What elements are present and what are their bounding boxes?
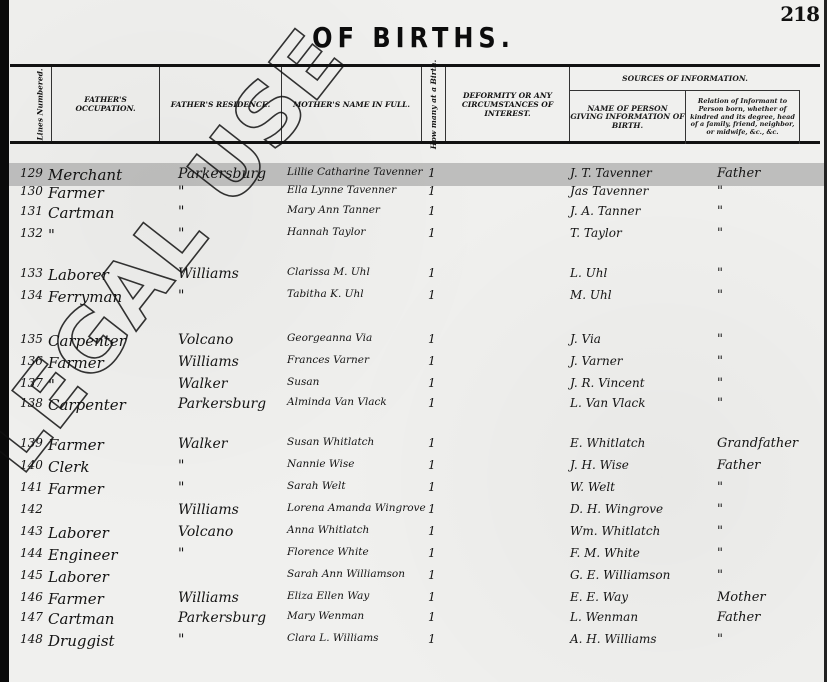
birth-count: 1: [428, 546, 436, 560]
table-row: 147CartmanParkersburgMary Wenman1L. Wenm…: [0, 610, 827, 632]
father-residence: Williams: [178, 590, 239, 606]
line-number: 139: [20, 436, 43, 450]
birth-count: 1: [428, 524, 436, 538]
line-number: 141: [20, 480, 43, 494]
informant-relation: ": [717, 524, 723, 539]
birth-count: 1: [428, 480, 436, 494]
father-occupation: Farmer: [48, 354, 104, 372]
informant-name: J. H. Wise: [570, 458, 629, 472]
table-row: 146FarmerWilliamsEliza Ellen Way1E. E. W…: [0, 590, 827, 612]
table-row: 145LaborerSarah Ann Williamson1G. E. Wil…: [0, 568, 827, 590]
informant-relation: ": [717, 204, 723, 219]
father-residence: ": [178, 288, 184, 304]
table-row: 134Ferryman"Tabitha K. Uhl1M. Uhl": [0, 288, 827, 310]
table-row: 144Engineer"Florence White1F. M. White": [0, 546, 827, 568]
father-residence: Walker: [178, 376, 227, 392]
informant-relation: ": [717, 546, 723, 561]
informant-relation: ": [717, 568, 723, 583]
mother-name: Lillie Catharine Tavenner: [287, 166, 423, 178]
father-residence: Williams: [178, 354, 239, 370]
mother-name: Clarissa M. Uhl: [287, 266, 370, 278]
informant-name: J. A. Tanner: [570, 204, 640, 218]
father-residence: ": [178, 632, 184, 648]
informant-name: Wm. Whitlatch: [570, 524, 660, 538]
informant-relation: ": [717, 332, 723, 347]
mother-name: Sarah Ann Williamson: [287, 568, 405, 580]
informant-relation: Mother: [717, 590, 766, 605]
informant-name: F. M. White: [570, 546, 640, 560]
informant-name: D. H. Wingrove: [570, 502, 663, 516]
informant-relation: ": [717, 502, 723, 517]
birth-register-page: 218 OF BIRTHS. Lines Numbered. FATHER'S …: [0, 0, 827, 682]
father-occupation: Carpenter: [48, 396, 126, 414]
birth-count: 1: [428, 436, 436, 450]
father-occupation: Cartman: [48, 610, 114, 628]
mother-name: Mary Ann Tanner: [287, 204, 380, 216]
father-occupation: Farmer: [48, 436, 104, 454]
father-occupation: ": [48, 226, 55, 244]
father-residence: ": [178, 226, 184, 242]
table-row: 132""Hannah Taylor1T. Taylor": [0, 226, 827, 248]
line-number: 143: [20, 524, 43, 538]
informant-relation: ": [717, 288, 723, 303]
informant-name: W. Welt: [570, 480, 615, 494]
birth-count: 1: [428, 332, 436, 346]
table-row: 131Cartman"Mary Ann Tanner1J. A. Tanner": [0, 204, 827, 226]
birth-count: 1: [428, 166, 436, 180]
line-number: 132: [20, 226, 43, 240]
father-residence: Volcano: [178, 524, 233, 540]
line-number: 129: [20, 166, 43, 180]
mother-name: Anna Whitlatch: [287, 524, 369, 536]
father-residence: ": [178, 480, 184, 496]
mother-name: Eliza Ellen Way: [287, 590, 369, 602]
table-row: 133LaborerWilliamsClarissa M. Uhl1L. Uhl…: [0, 266, 827, 288]
line-number: 135: [20, 332, 43, 346]
father-occupation: Laborer: [48, 568, 109, 586]
father-residence: Walker: [178, 436, 227, 452]
mother-name: Hannah Taylor: [287, 226, 365, 238]
table-row: 139FarmerWalkerSusan Whitlatch1E. Whitla…: [0, 436, 827, 458]
mother-name: Susan Whitlatch: [287, 436, 374, 448]
informant-name: L. Van Vlack: [570, 396, 646, 410]
father-occupation: Merchant: [48, 166, 122, 184]
line-number: 145: [20, 568, 43, 582]
line-number: 138: [20, 396, 43, 410]
mother-name: Frances Varner: [287, 354, 369, 366]
father-occupation: Farmer: [48, 590, 104, 608]
informant-relation: Father: [717, 458, 760, 473]
table-row: 136FarmerWilliamsFrances Varner1J. Varne…: [0, 354, 827, 376]
father-occupation: Laborer: [48, 266, 109, 284]
table-row: 137"WalkerSusan1J. R. Vincent": [0, 376, 827, 398]
mother-name: Mary Wenman: [287, 610, 364, 622]
mother-name: Tabitha K. Uhl: [287, 288, 364, 300]
informant-name: J. R. Vincent: [570, 376, 645, 390]
informant-name: J. T. Tavenner: [570, 166, 652, 180]
father-occupation: Engineer: [48, 546, 118, 564]
mother-name: Nannie Wise: [287, 458, 354, 470]
birth-count: 1: [428, 632, 436, 646]
informant-name: E. Whitlatch: [570, 436, 645, 450]
father-occupation: Farmer: [48, 480, 104, 498]
line-number: 130: [20, 184, 43, 198]
line-number: 140: [20, 458, 43, 472]
informant-relation: ": [717, 632, 723, 647]
birth-count: 1: [428, 354, 436, 368]
table-row: 143LaborerVolcanoAnna Whitlatch1Wm. Whit…: [0, 524, 827, 546]
informant-relation: ": [717, 480, 723, 495]
birth-count: 1: [428, 184, 436, 198]
father-residence: ": [178, 204, 184, 220]
table-row: 135CarpenterVolcanoGeorgeanna Via1J. Via…: [0, 332, 827, 354]
father-occupation: Laborer: [48, 524, 109, 542]
birth-count: 1: [428, 376, 436, 390]
father-residence: ": [178, 458, 184, 474]
informant-name: J. Via: [570, 332, 601, 346]
informant-relation: Father: [717, 610, 760, 625]
line-number: 142: [20, 502, 43, 516]
table-row: 148Druggist"Clara L. Williams1A. H. Will…: [0, 632, 827, 654]
line-number: 136: [20, 354, 43, 368]
father-occupation: Clerk: [48, 458, 89, 476]
informant-relation: ": [717, 396, 723, 411]
informant-relation: ": [717, 376, 723, 391]
father-occupation: Carpenter: [48, 332, 126, 350]
informant-name: L. Uhl: [570, 266, 607, 280]
birth-count: 1: [428, 610, 436, 624]
table-row: 138CarpenterParkersburgAlminda Van Vlack…: [0, 396, 827, 418]
table-row: 142WilliamsLorena Amanda Wingrove1D. H. …: [0, 502, 827, 524]
mother-name: Alminda Van Vlack: [287, 396, 387, 408]
table-row: 140Clerk"Nannie Wise1J. H. WiseFather: [0, 458, 827, 480]
line-number: 133: [20, 266, 43, 280]
informant-name: J. Varner: [570, 354, 623, 368]
father-occupation: Druggist: [48, 632, 115, 650]
informant-name: Jas Tavenner: [570, 184, 648, 198]
birth-count: 1: [428, 266, 436, 280]
birth-count: 1: [428, 204, 436, 218]
mother-name: Florence White: [287, 546, 369, 558]
informant-name: L. Wenman: [570, 610, 638, 624]
birth-count: 1: [428, 226, 436, 240]
informant-name: A. H. Williams: [570, 632, 657, 646]
birth-count: 1: [428, 502, 436, 516]
mother-name: Susan: [287, 376, 319, 388]
informant-relation: ": [717, 184, 723, 199]
informant-relation: ": [717, 354, 723, 369]
birth-count: 1: [428, 590, 436, 604]
informant-relation: ": [717, 226, 723, 241]
informant-name: T. Taylor: [570, 226, 622, 240]
line-number: 148: [20, 632, 43, 646]
informant-relation: ": [717, 266, 723, 281]
informant-relation: Grandfather: [717, 436, 798, 451]
line-number: 137: [20, 376, 43, 390]
line-number: 144: [20, 546, 43, 560]
father-residence: Williams: [178, 266, 239, 282]
father-residence: Parkersburg: [178, 396, 266, 412]
birth-count: 1: [428, 396, 436, 410]
informant-name: M. Uhl: [570, 288, 612, 302]
father-residence: Parkersburg: [178, 610, 266, 626]
father-residence: ": [178, 184, 184, 200]
father-residence: ": [178, 546, 184, 562]
table-row: 141Farmer"Sarah Welt1W. Welt": [0, 480, 827, 502]
line-number: 134: [20, 288, 43, 302]
line-number: 131: [20, 204, 43, 218]
mother-name: Ella Lynne Tavenner: [287, 184, 396, 196]
father-occupation: Ferryman: [48, 288, 122, 306]
line-number: 146: [20, 590, 43, 604]
mother-name: Clara L. Williams: [287, 632, 379, 644]
father-residence: Volcano: [178, 332, 233, 348]
birth-count: 1: [428, 288, 436, 302]
birth-count: 1: [428, 458, 436, 472]
father-occupation: Cartman: [48, 204, 114, 222]
mother-name: Sarah Welt: [287, 480, 346, 492]
informant-name: G. E. Williamson: [570, 568, 670, 582]
father-occupation: Farmer: [48, 184, 104, 202]
mother-name: Georgeanna Via: [287, 332, 372, 344]
register-rows: 129MerchantParkersburgLillie Catharine T…: [0, 0, 827, 682]
informant-relation: Father: [717, 166, 760, 181]
father-residence: Parkersburg: [178, 166, 266, 182]
father-residence: Williams: [178, 502, 239, 518]
informant-name: E. E. Way: [570, 590, 628, 604]
father-occupation: ": [48, 376, 55, 394]
birth-count: 1: [428, 568, 436, 582]
mother-name: Lorena Amanda Wingrove: [287, 502, 426, 514]
line-number: 147: [20, 610, 43, 624]
table-row: 130Farmer"Ella Lynne Tavenner1Jas Tavenn…: [0, 184, 827, 206]
